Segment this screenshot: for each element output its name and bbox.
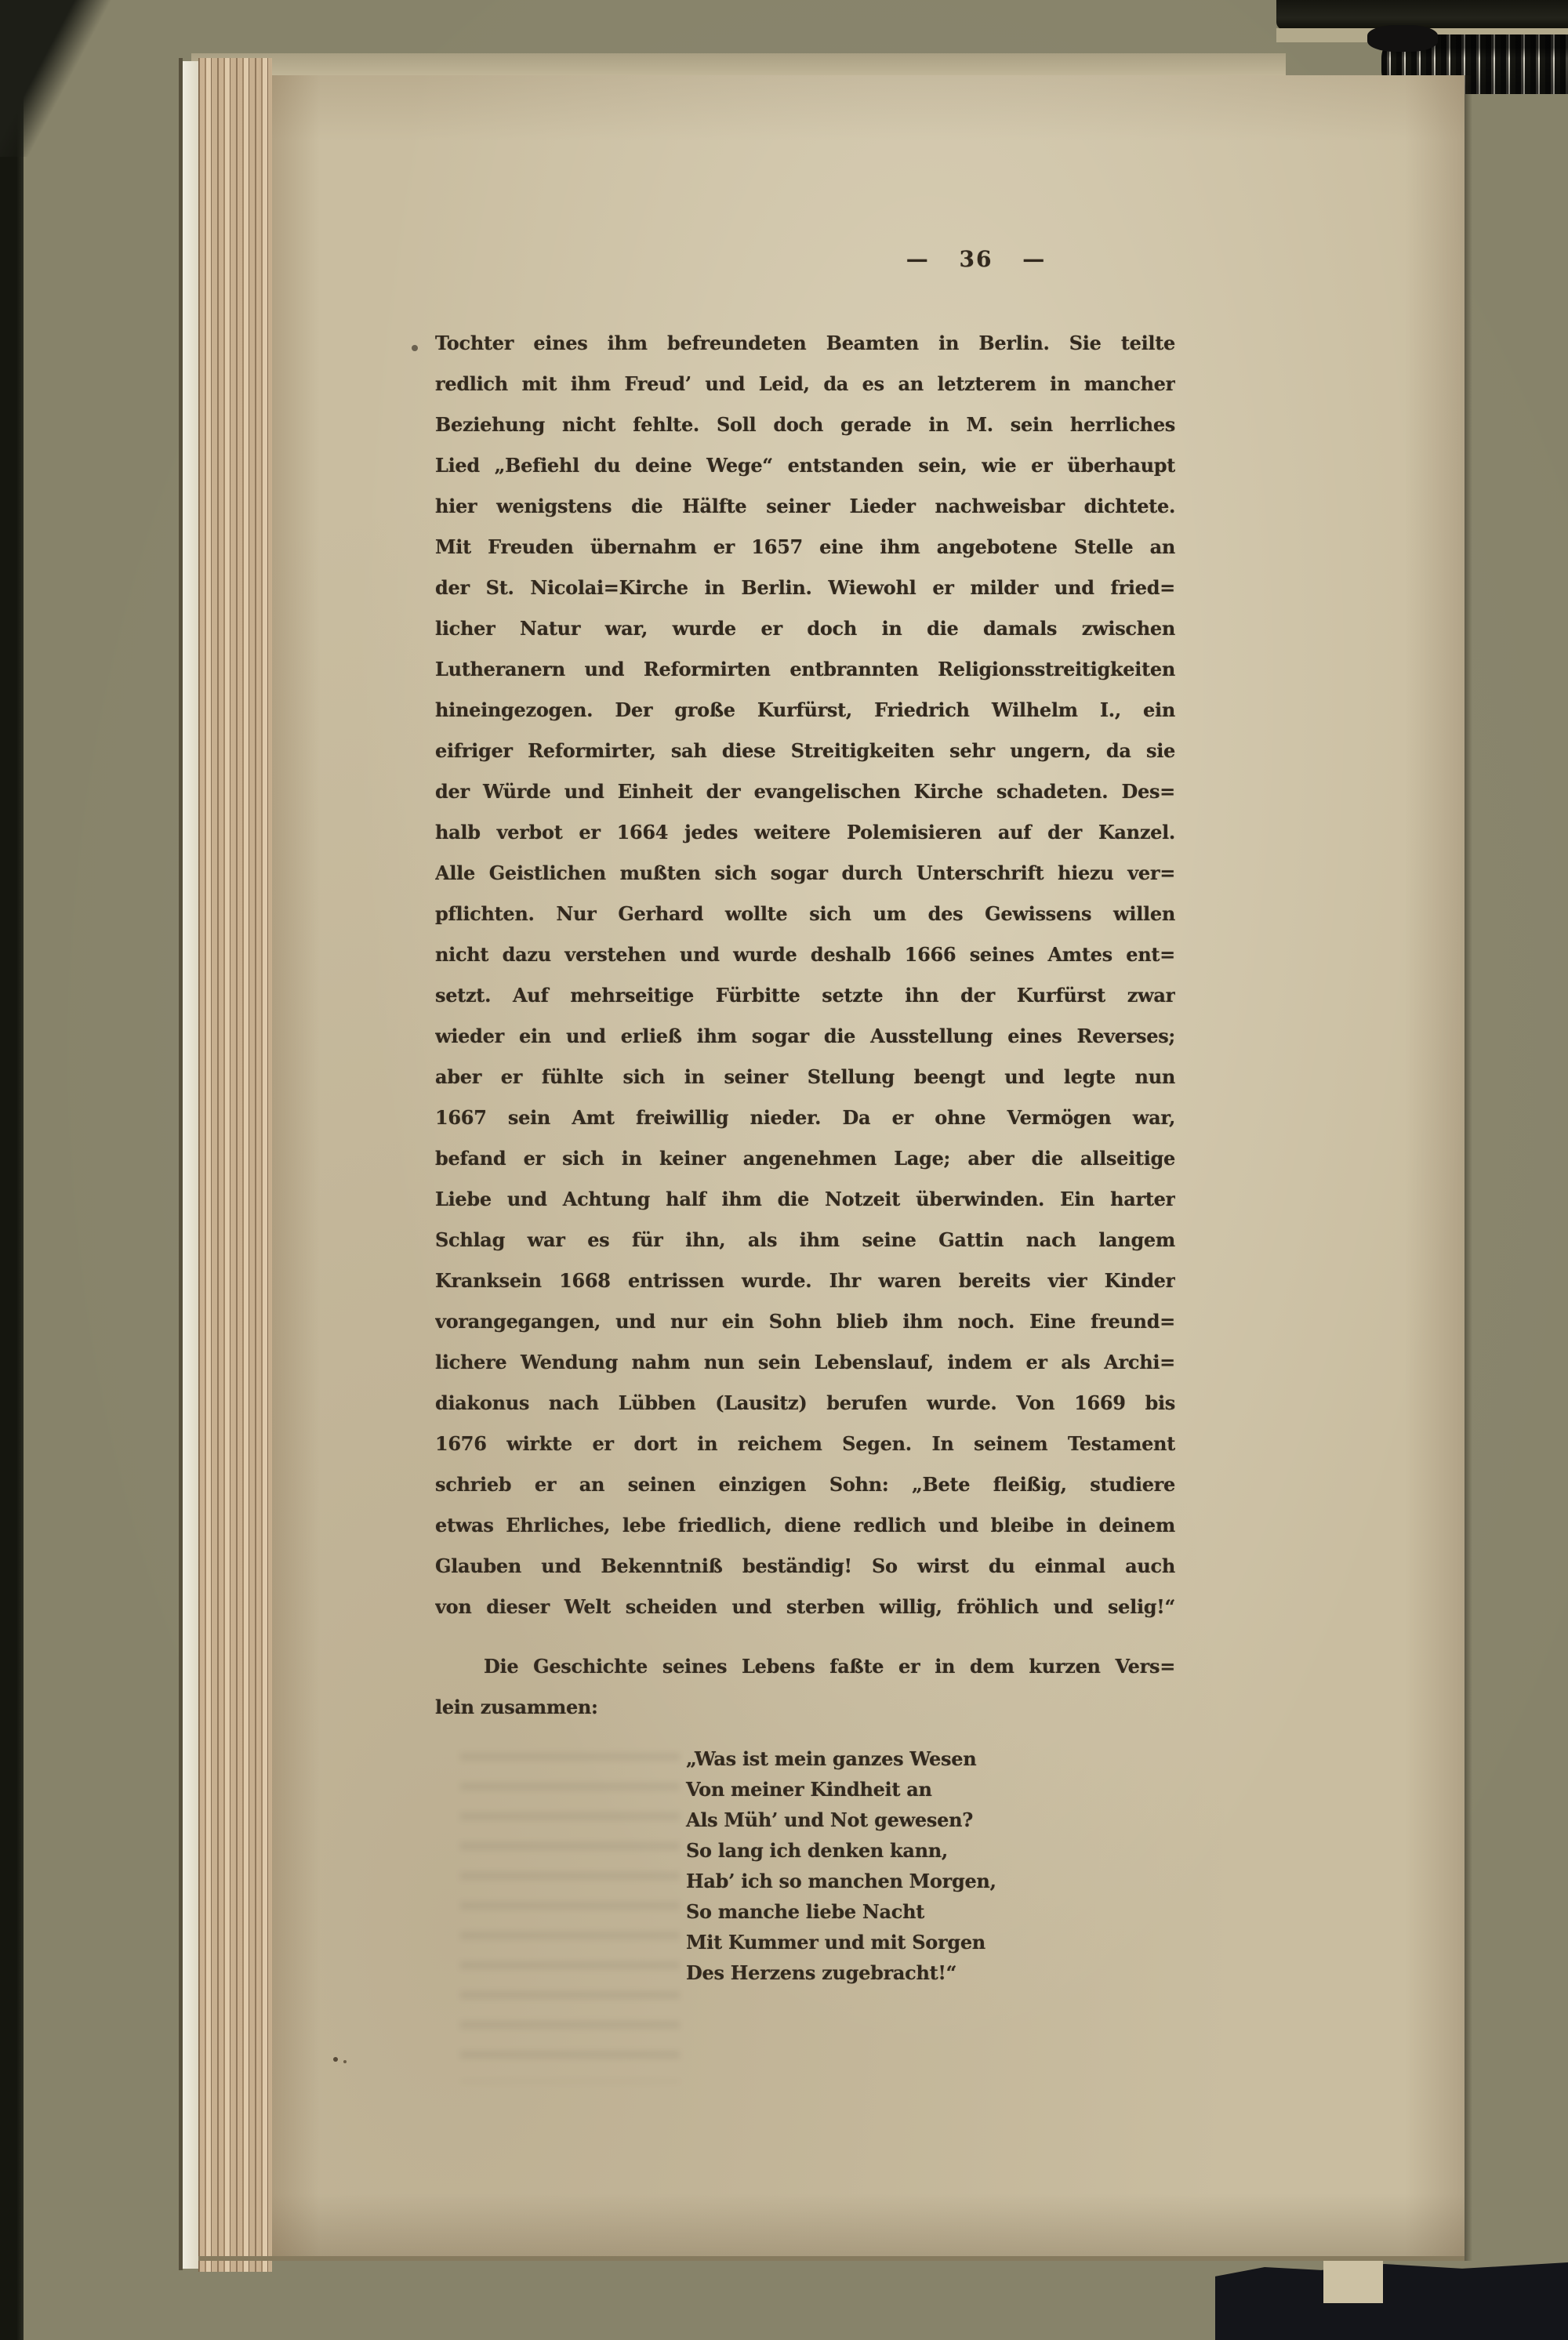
page-number-value: 36 xyxy=(960,246,993,272)
closing-paragraph: Die Geschichte seines Lebens faßte er in… xyxy=(435,1646,1175,1728)
page-right-edge-shadow xyxy=(1465,75,1472,2261)
verse-line: Hab’ ich so manchen Morgen, xyxy=(686,1866,1172,1896)
ink-specks xyxy=(333,2057,338,2062)
verse-line: „Was ist mein ganzes Wesen xyxy=(686,1743,1172,1774)
poem: „Was ist mein ganzes WesenVon meiner Kin… xyxy=(686,1743,1172,1988)
verse-line: So manche liebe Nacht xyxy=(686,1896,1172,1927)
verse-line: Von meiner Kindheit an xyxy=(686,1774,1172,1805)
page-bottom-edge xyxy=(198,2256,1465,2261)
text-line: 1667 sein Amt freiwillig nieder. Da er o… xyxy=(435,1097,1175,1138)
verso-show-through xyxy=(460,1753,680,2082)
text-line: Lutheranern und Reformirten entbrannten … xyxy=(435,649,1175,690)
margin-mark xyxy=(412,345,418,351)
verse-line: Des Herzens zugebracht!“ xyxy=(686,1957,1172,1988)
book-cover-top xyxy=(1276,0,1568,30)
text-line: pflichten. Nur Gerhard wollte sich um de… xyxy=(435,894,1175,934)
text-line: Lied „Befiehl du deine Wege“ entstanden … xyxy=(435,445,1175,486)
text-line: schrieb er an seinen einzigen Sohn: „Bet… xyxy=(435,1464,1175,1505)
text-line: diakonus nach Lübben (Lausitz) berufen w… xyxy=(435,1383,1175,1424)
photo-left-edge xyxy=(0,0,24,2340)
text-line: Beziehung nicht fehlte. Soll doch gerade… xyxy=(435,405,1175,445)
page-number-right-dash: — xyxy=(1022,246,1046,272)
text-line: von dieser Welt scheiden und sterben wil… xyxy=(435,1587,1175,1627)
text-line: hineingezogen. Der große Kurfürst, Fried… xyxy=(435,690,1175,731)
book-cover-bottom xyxy=(1215,2262,1568,2340)
verse-line: So lang ich denken kann, xyxy=(686,1835,1172,1866)
page-number-left-dash: — xyxy=(906,246,930,272)
text-line: der St. Nicolai=Kirche in Berlin. Wiewoh… xyxy=(435,568,1175,608)
text-line: setzt. Auf mehrseitige Fürbitte setzte i… xyxy=(435,975,1175,1016)
text-line: Schlag war es für ihn, als ihm seine Gat… xyxy=(435,1220,1175,1261)
text-line: Mit Freuden übernahm er 1657 eine ihm an… xyxy=(435,527,1175,568)
page-top-edges xyxy=(191,53,1286,78)
page-number: — 36 — xyxy=(858,246,1094,272)
text-line: licher Natur war, wurde er doch in die d… xyxy=(435,608,1175,649)
text-line: Alle Geistlichen mußten sich sogar durch… xyxy=(435,853,1175,894)
text-line: Die Geschichte seines Lebens faßte er in… xyxy=(435,1646,1175,1687)
text-line: hier wenigstens die Hälfte seiner Lieder… xyxy=(435,486,1175,527)
main-paragraph: Tochter eines ihm befreundeten Beamten i… xyxy=(435,323,1175,1627)
text-line: halb verbot er 1664 jedes weitere Polemi… xyxy=(435,812,1175,853)
text-line: der Würde und Einheit der evangelischen … xyxy=(435,771,1175,812)
text-line: Tochter eines ihm befreundeten Beamten i… xyxy=(435,323,1175,364)
text-line: nicht dazu verstehen und wurde deshalb 1… xyxy=(435,934,1175,975)
book-page: — 36 — Tochter eines ihm befreundeten Be… xyxy=(272,75,1465,2259)
text-line: vorangegangen, und nur ein Sohn blieb ih… xyxy=(435,1301,1175,1342)
text-line: 1676 wirkte er dort in reichem Segen. In… xyxy=(435,1424,1175,1464)
text-line: lein zusammen: xyxy=(435,1687,1175,1728)
text-line: befand er sich in keiner angenehmen Lage… xyxy=(435,1138,1175,1179)
text-line: lichere Wendung nahm nun sein Lebenslauf… xyxy=(435,1342,1175,1383)
scanned-book-photo: — 36 — Tochter eines ihm befreundeten Be… xyxy=(0,0,1568,2340)
text-line: redlich mit ihm Freud’ und Leid, da es a… xyxy=(435,364,1175,405)
text-line: Kranksein 1668 entrissen wurde. Ihr ware… xyxy=(435,1261,1175,1301)
text-line: Glauben und Bekenntniß beständig! So wir… xyxy=(435,1546,1175,1587)
page-stack-white-edge xyxy=(183,61,198,2269)
verse-line: Als Müh’ und Not gewesen? xyxy=(686,1805,1172,1835)
text-line: wieder ein und erließ ihm sogar die Auss… xyxy=(435,1016,1175,1057)
photo-corner-shadow xyxy=(0,0,149,157)
page-stack-fore-edges xyxy=(198,58,272,2272)
text-line: eifriger Reformirter, sah diese Streitig… xyxy=(435,731,1175,771)
text-line: Liebe und Achtung half ihm die Notzeit ü… xyxy=(435,1179,1175,1220)
text-line: etwas Ehrliches, lebe friedlich, diene r… xyxy=(435,1505,1175,1546)
page-bottom-corner xyxy=(1323,2261,1383,2303)
text-line: aber er fühlte sich in seiner Stellung b… xyxy=(435,1057,1175,1097)
verse-line: Mit Kummer und mit Sorgen xyxy=(686,1927,1172,1957)
